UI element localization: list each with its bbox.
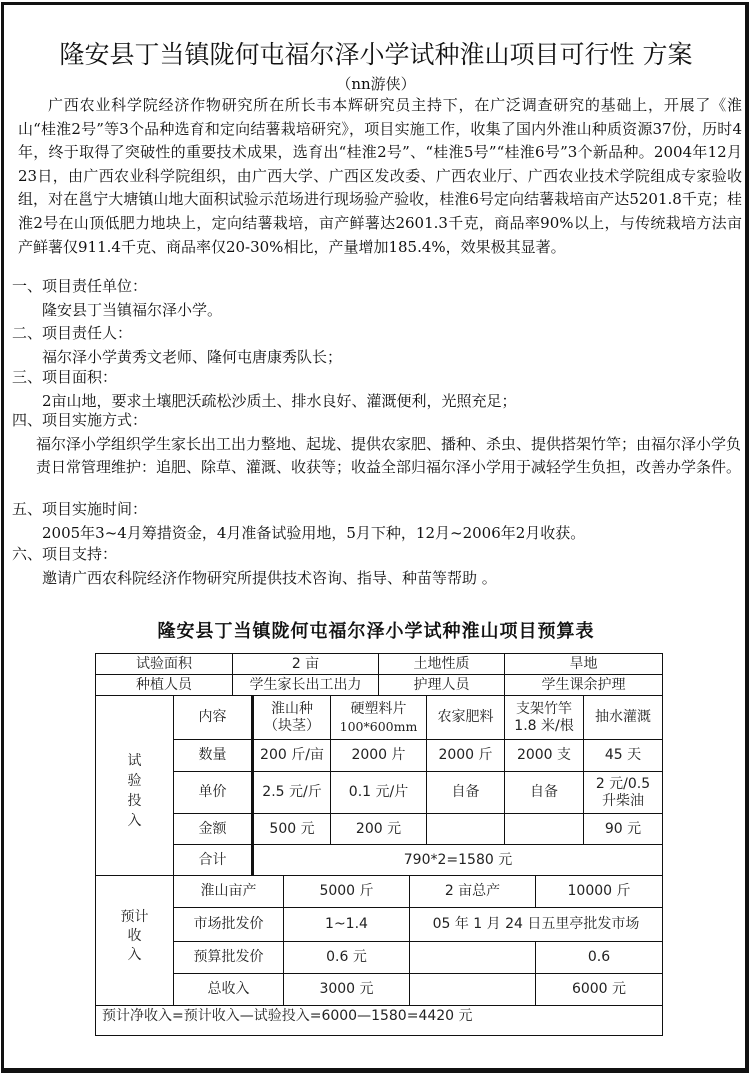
section-responsible-unit: 一、项目责任单位： 隆安县丁当镇福尔泽小学。	[12, 275, 742, 322]
item-spec: （块茎）	[264, 718, 320, 735]
cell-total-yield-value: 10000 斤	[536, 876, 662, 908]
cell-amount-bamboo-pole	[505, 814, 584, 845]
cell-unit-price-label: 单价	[174, 772, 252, 814]
item-name: 硬塑料片	[351, 701, 407, 718]
group-char: 入	[128, 946, 142, 965]
cell-quantity-irrigation: 45 天	[584, 740, 662, 772]
cell-total-income-per-mu: 3000 元	[284, 974, 410, 1006]
cell-budget-price-value: 0.6 元	[284, 942, 410, 974]
cell-quantity-manure: 2000 斤	[427, 740, 505, 772]
cell-total-income-empty	[410, 974, 536, 1006]
budget-table: 试验面积 2 亩 土地性质 旱地 种植人员 学生家长出工出力 护理人员 学生课余…	[95, 653, 663, 1036]
group-char: 收	[128, 927, 142, 946]
cell-trial-area-value: 2 亩	[233, 654, 379, 675]
cell-budget-price-label: 预算批发价	[174, 942, 284, 974]
section-heading: 四、项目实施方式：	[12, 409, 742, 433]
cell-trial-area-label: 试验面积	[96, 654, 233, 675]
item-spec: 100*600mm	[340, 718, 418, 735]
cell-item-plastic-sheet: 硬塑料片100*600mm	[331, 696, 427, 740]
document-author: （nn游侠）	[0, 74, 752, 94]
section-heading: 三、项目面积：	[12, 366, 742, 390]
price-line: 升柴油	[602, 793, 644, 810]
section-schedule: 五、项目实施时间： 2005年3~4月筹措资金，4月准备试验用地，5月下种，12…	[12, 498, 742, 545]
cell-caretakers-label: 护理人员	[379, 675, 505, 696]
cell-yield-label: 淮山亩产	[174, 876, 284, 908]
section-heading: 六、项目支持：	[12, 543, 742, 567]
cell-total-yield-label: 2 亩总产	[410, 876, 536, 908]
cell-quantity-yam-seed: 200 斤/亩	[252, 740, 331, 772]
cell-amount-manure	[427, 814, 505, 845]
document-title: 隆安县丁当镇陇何屯福尔泽小学试种淮山项目可行性 方案	[0, 40, 752, 70]
section-heading: 五、项目实施时间：	[12, 498, 742, 522]
cell-total-income-value: 6000 元	[536, 974, 662, 1006]
cell-unit-price-irrigation: 2 元/0.5升柴油	[584, 772, 662, 814]
price-line: 2 元/0.5	[596, 776, 650, 793]
cell-unit-price-manure: 自备	[427, 772, 505, 814]
section-body: 2005年3~4月筹措资金，4月准备试验用地，5月下种，12月~2006年2月收…	[12, 522, 742, 546]
group-char: 投	[128, 791, 142, 811]
cell-land-type-value: 旱地	[505, 654, 662, 675]
cell-item-yam-seed: 淮山种（块茎）	[252, 696, 331, 740]
section-responsible-person: 二、项目责任人： 福尔泽小学黄秀文老师、隆何屯唐康秀队长；	[12, 322, 742, 369]
cell-market-price-note: 05 年 1 月 24 日五里亭批发市场	[410, 908, 662, 942]
section-area: 三、项目面积： 2亩山地，要求土壤肥沃疏松沙质土、排水良好、灌溉便利，光照充足；	[12, 366, 742, 413]
cell-budget-price-total: 0.6	[536, 942, 662, 974]
section-body: 邀请广西农科院经济作物研究所提供技术咨询、指导、种苗等帮助 。	[12, 567, 742, 591]
item-name: 淮山种	[271, 701, 313, 718]
cell-market-price-value: 1~1.4	[284, 908, 410, 942]
cell-item-bamboo-pole: 支架竹竿1.8 米/根	[505, 696, 584, 740]
cell-quantity-label: 数量	[174, 740, 252, 772]
cell-amount-plastic-sheet: 200 元	[331, 814, 427, 845]
cell-land-type-label: 土地性质	[379, 654, 505, 675]
section-heading: 二、项目责任人：	[12, 322, 742, 346]
cell-item-manure: 农家肥料	[427, 696, 505, 740]
cell-expected-income-group: 预计 收 入	[96, 876, 174, 1006]
cell-total-income-label: 总收入	[174, 974, 284, 1006]
section-body: 福尔泽小学组织学生家长出工出力整地、起垅、提供农家肥、播种、杀虫、提供搭架竹竿；…	[12, 433, 742, 480]
group-char: 入	[128, 811, 142, 831]
cell-net-income: 预计净收入=预计收入—试验投入=6000—1580=4420 元	[96, 1006, 662, 1035]
section-support: 六、项目支持： 邀请广西农科院经济作物研究所提供技术咨询、指导、种苗等帮助 。	[12, 543, 742, 590]
group-char: 验	[128, 771, 142, 791]
cell-planters-value: 学生家长出工出力	[233, 675, 379, 696]
cell-market-price-label: 市场批发价	[174, 908, 284, 942]
group-char: 预计	[121, 908, 149, 927]
cell-quantity-plastic-sheet: 2000 片	[331, 740, 427, 772]
cell-content-label: 内容	[174, 696, 252, 740]
cell-amount-yam-seed: 500 元	[252, 814, 331, 845]
cell-budget-price-empty	[410, 942, 536, 974]
cell-unit-price-yam-seed: 2.5 元/斤	[252, 772, 331, 814]
item-name: 支架竹竿	[516, 701, 572, 718]
cell-total-label: 合计	[174, 845, 252, 876]
cell-caretakers-value: 学生课余护理	[505, 675, 662, 696]
item-spec: 1.8 米/根	[514, 718, 573, 735]
cell-unit-price-plastic-sheet: 0.1 元/片	[331, 772, 427, 814]
group-char: 试	[128, 751, 142, 771]
cell-yield-per-mu: 5000 斤	[284, 876, 410, 908]
cell-quantity-bamboo-pole: 2000 支	[505, 740, 584, 772]
cell-amount-irrigation: 90 元	[584, 814, 662, 845]
cell-item-irrigation: 抽水灌溉	[584, 696, 662, 740]
section-body: 隆安县丁当镇福尔泽小学。	[12, 299, 742, 323]
section-implementation: 四、项目实施方式： 福尔泽小学组织学生家长出工出力整地、起垅、提供农家肥、播种、…	[12, 409, 742, 480]
cell-unit-price-bamboo-pole: 自备	[505, 772, 584, 814]
cell-total-value: 790*2=1580 元	[252, 845, 662, 876]
cell-amount-label: 金额	[174, 814, 252, 845]
intro-paragraph: 广西农业科学院经济作物研究所在所长韦本辉研究员主持下，在广泛调查研究的基础上，开…	[18, 94, 742, 259]
section-heading: 一、项目责任单位：	[12, 275, 742, 299]
cell-planters-label: 种植人员	[96, 675, 233, 696]
cell-trial-investment-group: 试 验 投 入	[96, 696, 174, 876]
budget-table-title: 隆安县丁当镇陇何屯福尔泽小学试种淮山项目预算表	[0, 620, 752, 644]
